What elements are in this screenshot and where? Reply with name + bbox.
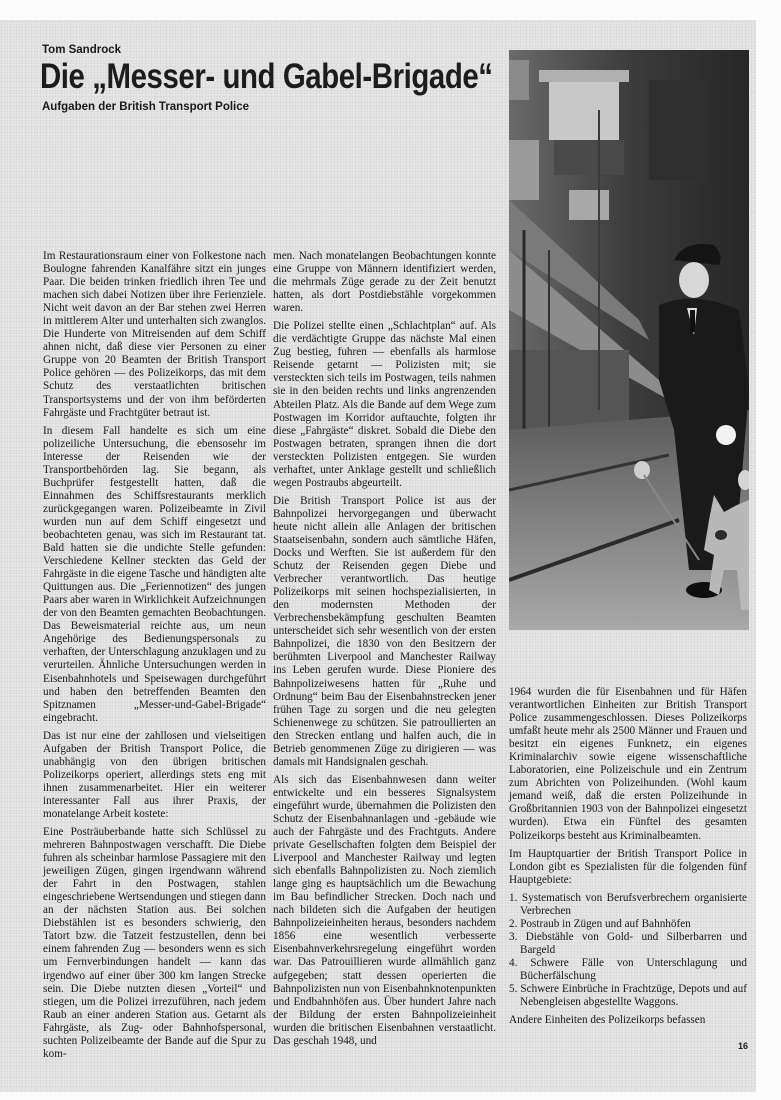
article-column-1: Im Restaurationsraum einer von Folkeston… xyxy=(43,250,266,1066)
photo-illustration xyxy=(509,50,749,630)
paragraph: Die British Transport Police ist aus der… xyxy=(273,495,496,769)
paragraph: Eine Posträuberbande hatte sich Schlüsse… xyxy=(43,826,266,1061)
article-subtitle: Aufgaben der British Transport Police xyxy=(42,101,249,113)
article-column-3: 1964 wurden die für Eisenbahnen und für … xyxy=(509,686,747,1032)
list-item: 4. Schwere Fälle von Unterschlagung und … xyxy=(509,957,747,983)
article-column-2: men. Nach monatelangen Beobachtungen kon… xyxy=(273,250,496,1053)
paragraph: In diesem Fall handelte es sich um eine … xyxy=(43,425,266,725)
author-byline: Tom Sandrock xyxy=(42,44,121,56)
paragraph: Im Restaurationsraum einer von Folkeston… xyxy=(43,250,266,420)
list-item: 2. Postraub in Zügen und auf Bahnhöfen xyxy=(509,918,747,931)
page-number: 16 xyxy=(738,1041,748,1051)
police-dog-photo xyxy=(509,50,749,630)
paragraph: Im Hauptquartier der British Transport P… xyxy=(509,848,747,887)
paragraph: Die Polizei stellte einen „Schlachtplan“… xyxy=(273,320,496,490)
paragraph: Als sich das Eisenbahnwesen dann weiter … xyxy=(273,774,496,1048)
paragraph: 1964 wurden die für Eisenbahnen und für … xyxy=(509,686,747,843)
paragraph: Das ist nur eine der zahllosen und viels… xyxy=(43,730,266,821)
magazine-page: Tom Sandrock Die „Messer- und Gabel-Brig… xyxy=(0,20,756,1092)
paragraph: Andere Einheiten des Polizeikorps befass… xyxy=(509,1014,747,1027)
paragraph: men. Nach monatelangen Beobachtungen kon… xyxy=(273,250,496,315)
specialist-areas-list: 1. Systematisch von Berufsverbrechern or… xyxy=(509,892,747,1009)
list-item: 5. Schwere Einbrüche in Frachtzüge, Depo… xyxy=(509,983,747,1009)
list-item: 3. Diebstähle von Gold- und Silberbarren… xyxy=(509,931,747,957)
article-title: Die „Messer- und Gabel-Brigade“ xyxy=(40,56,493,98)
list-item: 1. Systematisch von Berufsverbrechern or… xyxy=(509,892,747,918)
